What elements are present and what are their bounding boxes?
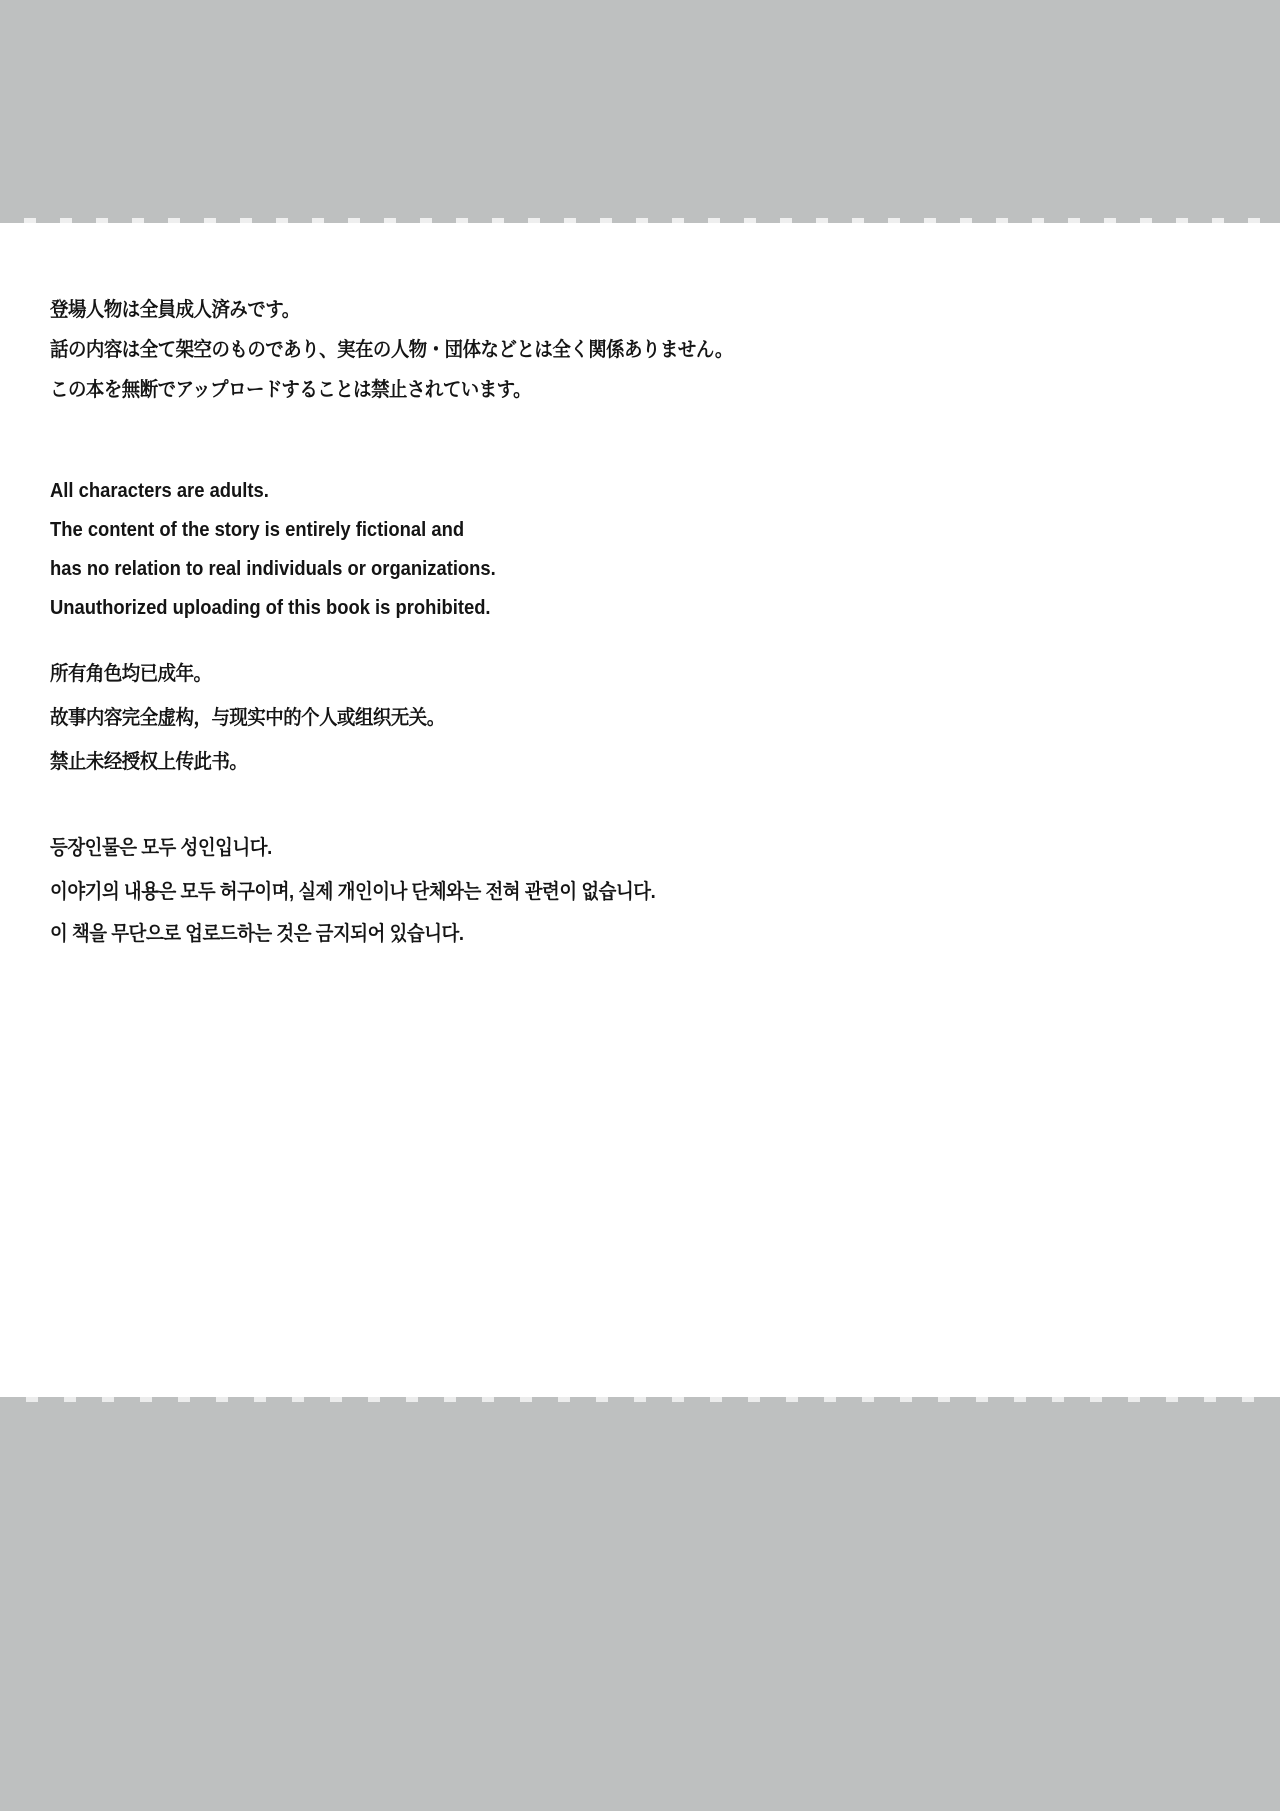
disclaimer-line-japanese-3: この本を無断でアップロードすることは禁止されています。 [50, 375, 531, 405]
top-gray-band [0, 0, 1280, 218]
disclaimer-line-english-2: The content of the story is entirely fic… [50, 515, 464, 545]
disclaimer-line-chinese-3: 禁止未经授权上传此书。 [50, 747, 247, 777]
disclaimer-line-english-4: Unauthorized uploading of this book is p… [50, 593, 491, 623]
disclaimer-line-english-1: All characters are adults. [50, 476, 269, 506]
disclaimer-line-chinese-1: 所有角色均已成年。 [50, 659, 211, 689]
bottom-gray-band [0, 1402, 1280, 1811]
disclaimer-line-korean-3: 이 책을 무단으로 업로드하는 것은 금지되어 있습니다. [50, 919, 463, 949]
disclaimer-line-korean-2: 이야기의 내용은 모두 허구이며, 실제 개인이나 단체와는 전혀 관련이 없습… [50, 877, 655, 907]
disclaimer-line-chinese-2: 故事内容完全虚构，与现实中的个人或组织无关。 [50, 703, 445, 733]
scanned-disclaimer-page: 登場人物は全員成人済みです。 話の内容は全て架空のものであり、実在の人物・団体な… [0, 0, 1280, 1811]
disclaimer-line-japanese-1: 登場人物は全員成人済みです。 [50, 295, 300, 325]
disclaimer-line-japanese-2: 話の内容は全て架空のものであり、実在の人物・団体などとは全く関係ありません。 [50, 335, 733, 365]
disclaimer-line-english-3: has no relation to real individuals or o… [50, 554, 496, 584]
disclaimer-line-korean-1: 등장인물은 모두 성인입니다. [50, 833, 272, 863]
